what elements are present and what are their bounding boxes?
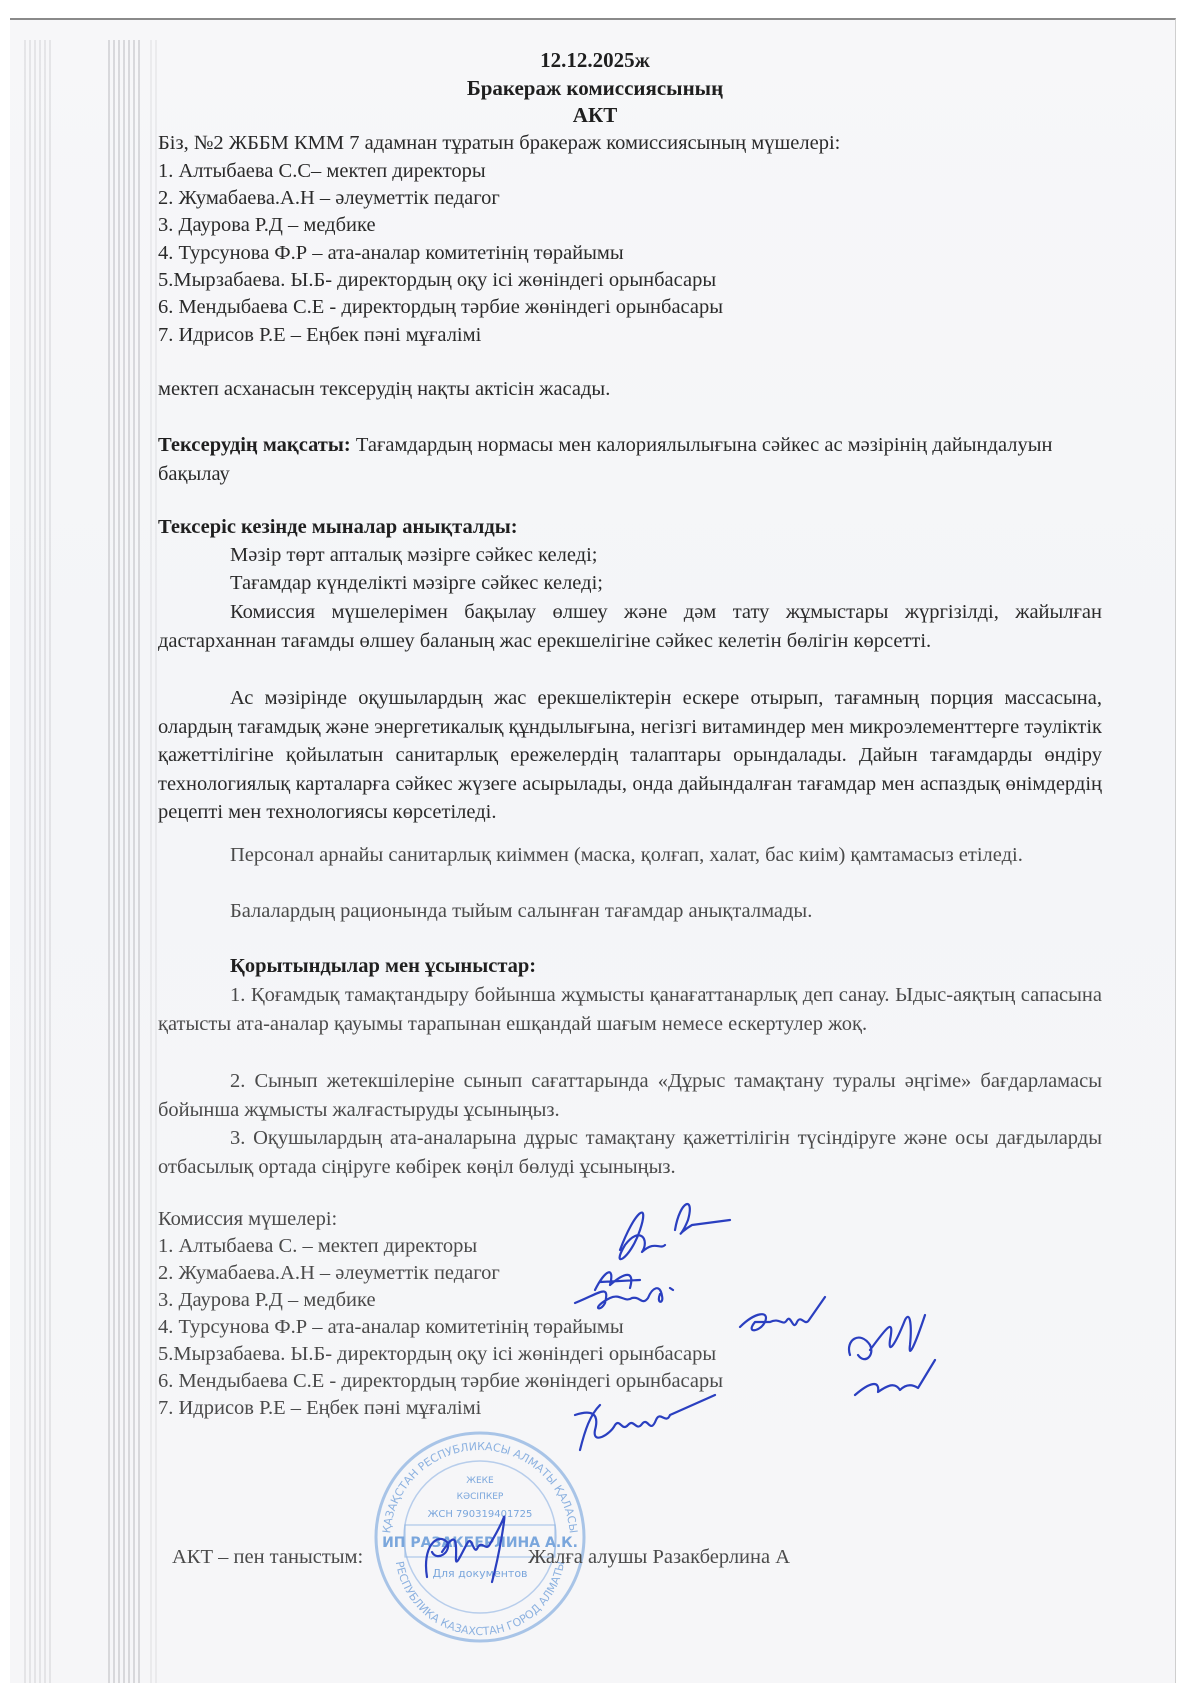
acknowledgement-signer: Жалға алушы Разакберлина А xyxy=(528,1544,790,1571)
finding-item: Мәзір төрт апталық мәзірге сәйкес келеді… xyxy=(230,542,598,569)
signature-daurova-icon xyxy=(570,1268,690,1318)
finding-item: Персонал арнайы санитарлық киіммен (маск… xyxy=(158,841,1102,870)
purpose-paragraph: Тексерудің мақсаты: Тағамдардың нормасы … xyxy=(158,431,1102,488)
signature-member: 1. Алтыбаева С. – мектеп директоры xyxy=(158,1233,477,1260)
findings-heading: Тексеріс кезінде мыналар анықталды: xyxy=(158,514,518,541)
scan-streak xyxy=(150,40,158,1683)
conclusion-item: 2. Сынып жетекшілеріне сынып сағаттарынд… xyxy=(158,1067,1102,1124)
scan-streak xyxy=(24,40,54,1683)
member-item: 3. Даурова Р.Д – медбике xyxy=(158,212,376,239)
document-subtitle: АКТ xyxy=(0,103,1190,128)
member-item: 7. Идрисов Р.Е – Еңбек пәні мұғалімі xyxy=(158,322,481,349)
signature-member: 5.Мырзабаева. Ы.Б- директордың оқу ісі ж… xyxy=(158,1341,716,1368)
member-item: 6. Мендыбаева С.Е - директордың тәрбие ж… xyxy=(158,294,723,321)
finding-item: Тағамдар күнделікті мәзірге сәйкес келед… xyxy=(230,570,603,597)
signature-tursunova-icon xyxy=(735,1292,835,1352)
member-item: 4. Турсунова Ф.Р – ата-аналар комитетіні… xyxy=(158,240,624,267)
signature-member: 3. Даурова Р.Д – медбике xyxy=(158,1287,376,1314)
signature-member: 2. Жумабаева.А.Н – әлеуметтік педагог xyxy=(158,1260,500,1287)
signature-member: 7. Идрисов Р.Е – Еңбек пәні мұғалімі xyxy=(158,1395,481,1422)
acknowledgement-label: АКТ – пен таныстым: xyxy=(172,1544,363,1571)
signatures-heading: Комиссия мүшелері: xyxy=(158,1206,337,1233)
member-item: 1. Алтыбаева С.С– мектеп директоры xyxy=(158,158,486,185)
member-item: 2. Жумабаева.А.Н – әлеуметтік педагог xyxy=(158,185,500,212)
finding-item: Балалардың рационында тыйым салынған тағ… xyxy=(230,898,812,925)
finding-item: Ас мәзірінде оқушылардың жас ерекшелікте… xyxy=(158,684,1102,827)
stamp-line: КӘСІПКЕР xyxy=(457,1492,504,1502)
member-item: 5.Мырзабаева. Ы.Б- директордың оқу ісі ж… xyxy=(158,267,716,294)
conclusion-item: 1. Қоғамдық тамақтандыру бойынша жұмысты… xyxy=(158,981,1102,1038)
finding-item: Комиссия мүшелерімен бақылау өлшеу және … xyxy=(158,598,1102,655)
conclusions-heading: Қорытындылар мен ұсыныстар: xyxy=(230,953,536,980)
act-statement: мектеп асханасын тексерудің нақты актісі… xyxy=(158,376,610,403)
signature-razakberlina-icon xyxy=(412,1512,532,1587)
signature-myrzabaeva-icon xyxy=(840,1300,950,1410)
stamp-line: ЖЕКЕ xyxy=(466,1476,494,1486)
signature-member: 4. Турсунова Ф.Р – ата-аналар комитетіні… xyxy=(158,1314,624,1341)
intro-text: Біз, №2 ЖББМ КММ 7 адамнан тұратын браке… xyxy=(158,130,840,157)
document-title: Бракераж комиссиясының xyxy=(0,76,1190,101)
purpose-label: Тексерудің мақсаты: xyxy=(158,434,351,456)
scan-streak xyxy=(108,40,140,1683)
signature-idrisov-icon xyxy=(570,1390,740,1460)
conclusion-item: 3. Оқушылардың ата-аналарына дұрыс тамақ… xyxy=(158,1124,1102,1181)
document-date: 12.12.2025ж xyxy=(0,48,1190,73)
